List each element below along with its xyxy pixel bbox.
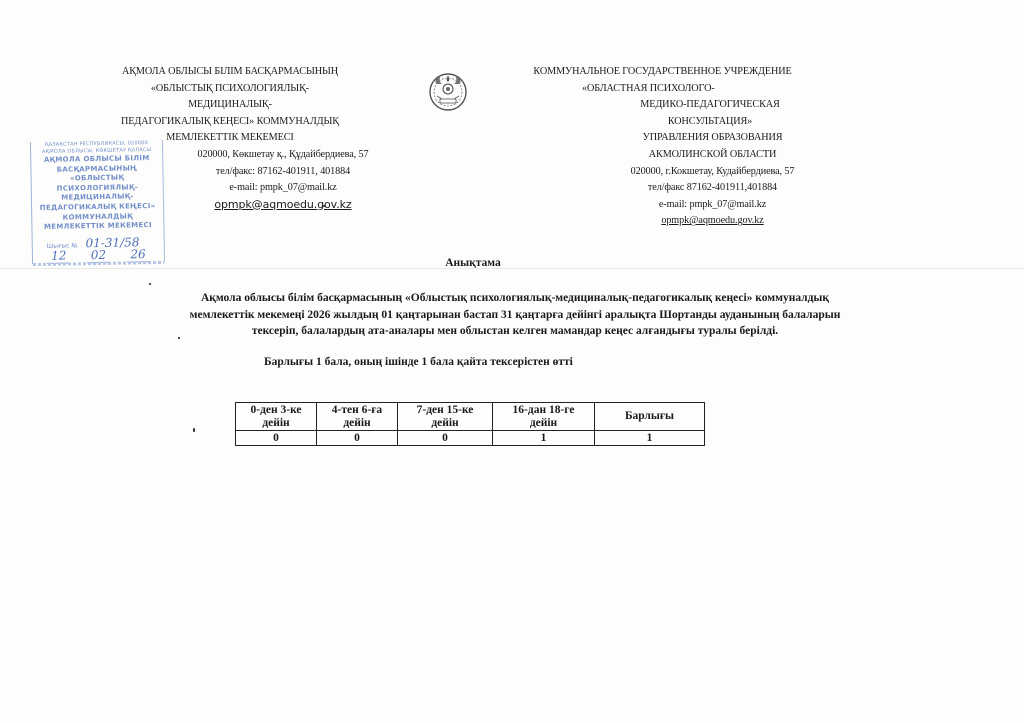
- email[interactable]: e-mail: pmpk_07@mail.kz: [183, 180, 383, 197]
- org-name-line: УПРАВЛЕНИЯ ОБРАЗОВАНИЯ: [520, 130, 805, 147]
- body-line: Ақмола облысы білім басқармасының «Облыс…: [135, 290, 895, 307]
- stamp-line: МЕМЛЕКЕТТІК МЕКЕМЕСІ: [32, 221, 163, 233]
- stamp-line: БАСҚАРМАСЫНЫҢ «ОБЛЫСТЫҚ: [31, 163, 162, 184]
- cell-4-6: 0: [317, 431, 398, 446]
- email-alt-link[interactable]: opmpk@aqmoedu.gov.kz: [520, 213, 805, 230]
- col-header-4-6: 4-тен 6-ғадейін: [317, 403, 398, 431]
- scan-speck: [149, 283, 151, 285]
- col-header-16-18: 16-дан 18-гедейін: [493, 403, 595, 431]
- org-name-line: КОММУНАЛЬНОЕ ГОСУДАРСТВЕННОЕ УЧРЕЖДЕНИЕ: [520, 64, 805, 81]
- cell-7-15: 0: [398, 431, 493, 446]
- email[interactable]: e-mail: pmpk_07@mail.kz: [520, 197, 805, 214]
- col-header-7-15: 7-ден 15-кедейін: [398, 403, 493, 431]
- scan-speck: [193, 428, 195, 432]
- contact-block: 020000, Көкшетау қ., Құдайбердиева, 57 т…: [183, 147, 383, 213]
- col-header-total: Барлығы: [595, 403, 705, 431]
- state-emblem-icon: [428, 72, 468, 112]
- cell-0-3: 0: [236, 431, 317, 446]
- org-name-line: КОНСУЛЬТАЦИЯ»: [520, 114, 805, 131]
- org-name-line: АКМОЛИНСКОЙ ОБЛАСТИ: [520, 147, 805, 164]
- email-alt-link[interactable]: opmpk@aqmoedu.gov.kz: [183, 197, 383, 214]
- body-line: мемлекеттік мекемеңі 2026 жылдың 01 қаңт…: [135, 307, 895, 324]
- org-name-line: МЕДИЦИНАЛЫҚ-: [95, 97, 365, 114]
- address: 020000, г.Кокшетау, Кудайбердиева, 57: [520, 164, 805, 181]
- col-header-0-3: 0-ден 3-кедейін: [236, 403, 317, 431]
- registration-stamp: ҚАЗАҚСТАН РЕСПУБЛИКАСЫ, 020000 АҚМОЛА ОБ…: [30, 140, 165, 264]
- age-stats-table: 0-ден 3-кедейін 4-тен 6-ғадейін 7-ден 15…: [235, 402, 705, 446]
- header-right-russian: КОММУНАЛЬНОЕ ГОСУДАРСТВЕННОЕ УЧРЕЖДЕНИЕ …: [520, 64, 805, 230]
- org-name-line: ПЕДАГОГИКАЛЫҚ КЕҢЕСІ» КОММУНАЛДЫҚ: [95, 114, 365, 131]
- body-line: тексеріп, балалардың ата-аналары мен обл…: [135, 323, 895, 340]
- address: 020000, Көкшетау қ., Құдайбердиева, 57: [183, 147, 383, 164]
- org-name-line: МЕДИКО-ПЕДАГОГИЧЕСКАЯ: [520, 97, 805, 114]
- scan-speck: [323, 205, 325, 207]
- table-header-row: 0-ден 3-кедейін 4-тен 6-ғадейін 7-ден 15…: [236, 403, 705, 431]
- scan-line: [0, 268, 1024, 269]
- org-name-line: «ОБЛАСТНАЯ ПСИХОЛОГО-: [520, 81, 805, 98]
- org-name-line: «ОБЛЫСТЫҚ ПСИХОЛОГИЯЛЫҚ-: [95, 81, 365, 98]
- scan-speck: [178, 337, 180, 339]
- cell-16-18: 1: [493, 431, 595, 446]
- table-row: 0 0 0 1 1: [236, 431, 705, 446]
- cell-total: 1: [595, 431, 705, 446]
- summary-line: Барлығы 1 бала, оның ішінде 1 бала қайта…: [264, 356, 573, 368]
- phone: тел/факс 87162-401911,401884: [520, 180, 805, 197]
- phone: тел/факс: 87162-401911, 401884: [183, 164, 383, 181]
- org-name-line: АҚМОЛА ОБЛЫСЫ БІЛІМ БАСҚАРМАСЫНЫҢ: [95, 64, 365, 81]
- document-body: Ақмола облысы білім басқармасының «Облыс…: [135, 290, 895, 340]
